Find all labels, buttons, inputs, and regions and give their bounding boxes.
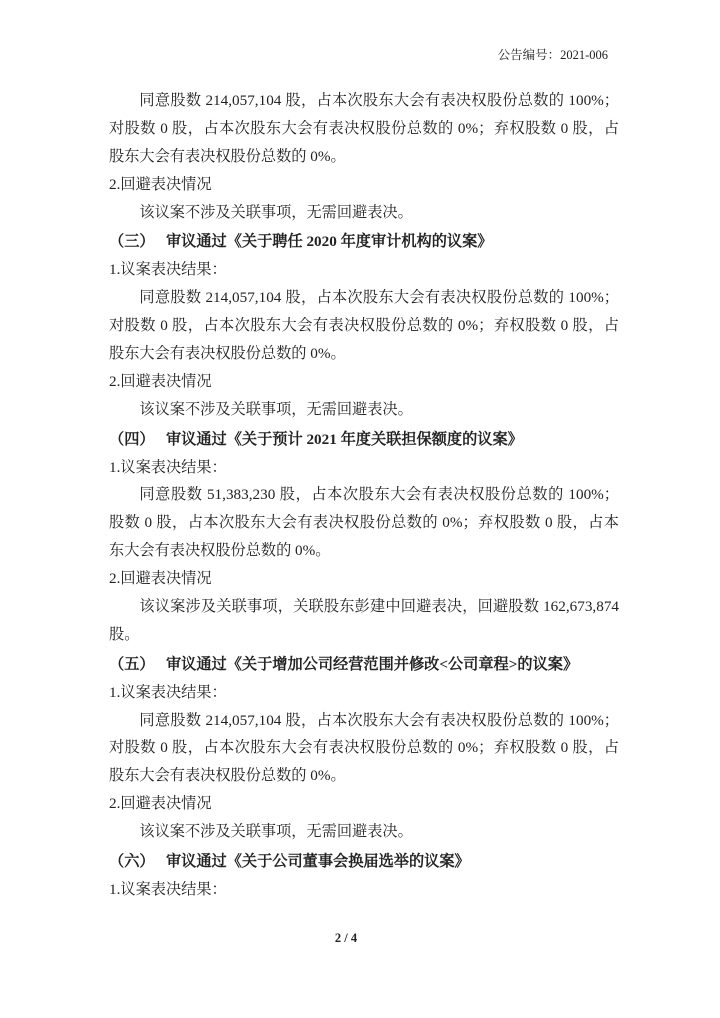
paragraph: 该议案涉及关联事项，关联股东彭建中回避表决，回避股数 162,673,874股。 (109, 593, 619, 649)
text-line: 股东大会有表决权股份总数的 0%。 (109, 340, 619, 368)
section-heading: （三） 审议通过《关于聘任 2020 年度审计机构的议案》 (109, 228, 619, 256)
list-item: 2.回避表决情况 (109, 565, 619, 593)
paragraph: 该议案不涉及关联事项，无需回避表决。 (109, 396, 619, 424)
text-line: （四） 审议通过《关于预计 2021 年度关联担保额度的议案》 (109, 426, 619, 454)
text-line: 股。 (109, 621, 619, 649)
text-line: 2.回避表决情况 (109, 171, 619, 199)
text-line: 1.议案表决结果： (109, 876, 619, 904)
document-page: 公告编号：2021-006 同意股数 214,057,104 股，占本次股东大会… (0, 0, 720, 1018)
text-line: 股东大会有表决权股份总数的 0%。 (109, 143, 619, 171)
section-heading: （四） 审议通过《关于预计 2021 年度关联担保额度的议案》 (109, 426, 619, 454)
text-line: 1.议案表决结果： (109, 256, 619, 284)
text-line: 1.议案表决结果： (109, 679, 619, 707)
text-line: 该议案不涉及关联事项，无需回避表决。 (109, 396, 619, 424)
text-line: 对股数 0 股，占本次股东大会有表决权股份总数的 0%；弃权股数 0 股，占本次 (109, 734, 619, 762)
section-heading: （五） 审议通过《关于增加公司经营范围并修改<公司章程>的议案》 (109, 651, 619, 679)
text-line: （三） 审议通过《关于聘任 2020 年度审计机构的议案》 (109, 228, 619, 256)
text-line: （五） 审议通过《关于增加公司经营范围并修改<公司章程>的议案》 (109, 651, 619, 679)
document-body: 同意股数 214,057,104 股，占本次股东大会有表决权股份总数的 100%… (109, 87, 619, 904)
list-item: 2.回避表决情况 (109, 171, 619, 199)
section-heading: （六） 审议通过《关于公司董事会换届选举的议案》 (109, 848, 619, 876)
text-line: 股东大会有表决权股份总数的 0%。 (109, 762, 619, 790)
text-line: 同意股数 51,383,230 股，占本次股东大会有表决权股份总数的 100%；… (109, 481, 619, 509)
list-item: 1.议案表决结果： (109, 256, 619, 284)
paragraph: 该议案不涉及关联事项，无需回避表决。 (109, 818, 619, 846)
paragraph: 同意股数 51,383,230 股，占本次股东大会有表决权股份总数的 100%；… (109, 481, 619, 565)
list-item: 1.议案表决结果： (109, 876, 619, 904)
text-line: 2.回避表决情况 (109, 790, 619, 818)
list-item: 1.议案表决结果： (109, 454, 619, 482)
text-line: 对股数 0 股，占本次股东大会有表决权股份总数的 0%；弃权股数 0 股，占本次 (109, 312, 619, 340)
text-line: 股数 0 股，占本次股东大会有表决权股份总数的 0%；弃权股数 0 股，占本次股 (109, 509, 619, 537)
list-item: 2.回避表决情况 (109, 790, 619, 818)
text-line: 该议案不涉及关联事项，无需回避表决。 (109, 199, 619, 227)
text-line: 2.回避表决情况 (109, 368, 619, 396)
list-item: 2.回避表决情况 (109, 368, 619, 396)
text-line: 对股数 0 股，占本次股东大会有表决权股份总数的 0%；弃权股数 0 股，占本次 (109, 115, 619, 143)
text-line: 该议案不涉及关联事项，无需回避表决。 (109, 818, 619, 846)
text-line: 同意股数 214,057,104 股，占本次股东大会有表决权股份总数的 100%… (109, 707, 619, 735)
text-line: （六） 审议通过《关于公司董事会换届选举的议案》 (109, 848, 619, 876)
text-line: 2.回避表决情况 (109, 565, 619, 593)
paragraph: 该议案不涉及关联事项，无需回避表决。 (109, 199, 619, 227)
paragraph: 同意股数 214,057,104 股，占本次股东大会有表决权股份总数的 100%… (109, 284, 619, 368)
paragraph: 同意股数 214,057,104 股，占本次股东大会有表决权股份总数的 100%… (109, 707, 619, 791)
page-number: 2 / 4 (0, 930, 692, 946)
announcement-number: 公告编号：2021-006 (498, 47, 608, 63)
paragraph: 同意股数 214,057,104 股，占本次股东大会有表决权股份总数的 100%… (109, 87, 619, 171)
text-line: 同意股数 214,057,104 股，占本次股东大会有表决权股份总数的 100%… (109, 284, 619, 312)
list-item: 1.议案表决结果： (109, 679, 619, 707)
text-line: 东大会有表决权股份总数的 0%。 (109, 537, 619, 565)
text-line: 该议案涉及关联事项，关联股东彭建中回避表决，回避股数 162,673,874 (109, 593, 619, 621)
text-line: 同意股数 214,057,104 股，占本次股东大会有表决权股份总数的 100%… (109, 87, 619, 115)
text-line: 1.议案表决结果： (109, 454, 619, 482)
